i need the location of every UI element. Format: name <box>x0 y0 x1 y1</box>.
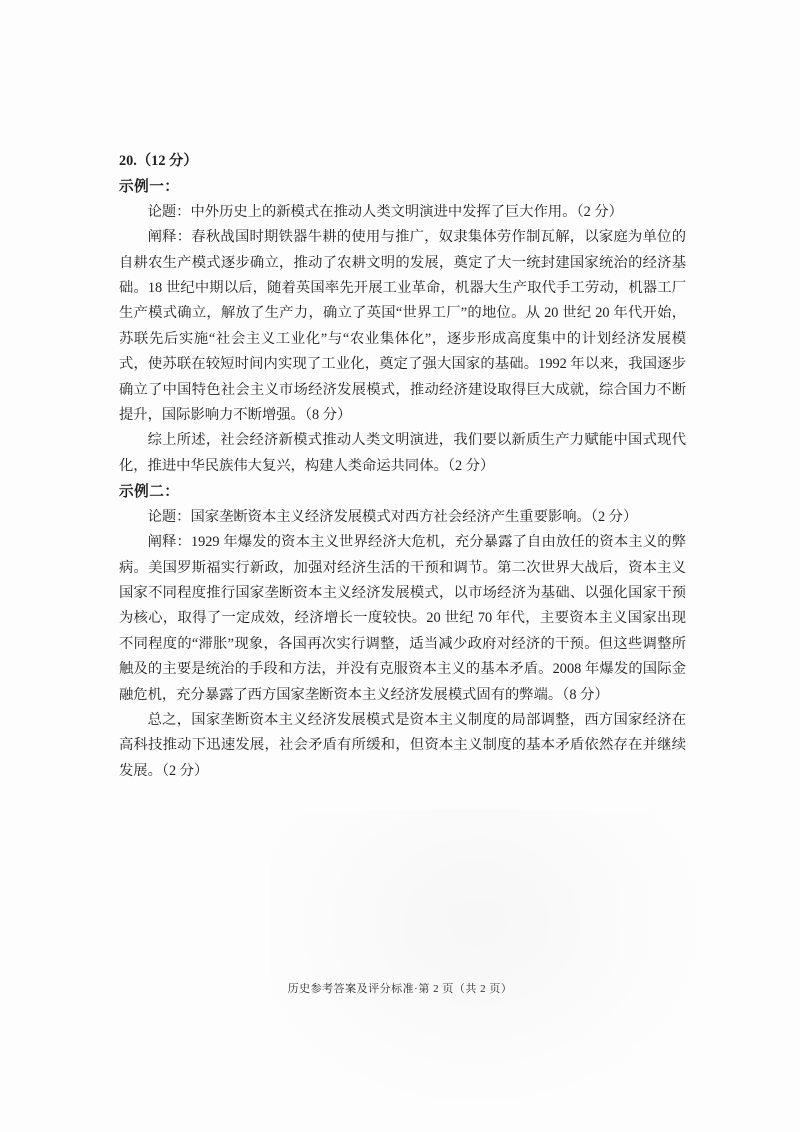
footer-text: 历史参考答案及评分标准·第 2 页（共 2 页） <box>288 983 513 995</box>
answer-content: 20.（12 分） 示例一： 论题：中外历史上的新模式在推动人类文明演进中发挥了… <box>119 149 686 784</box>
example1-heading: 示例一： <box>119 174 686 199</box>
scan-smudge-artifact <box>270 810 730 1130</box>
scanned-answer-page: 20.（12 分） 示例一： 论题：中外历史上的新模式在推动人类文明演进中发挥了… <box>0 0 800 1132</box>
example2-thesis: 论题：国家垄断资本主义经济发展模式对西方社会经济产生重要影响。（2 分） <box>119 505 686 530</box>
example1-explanation: 阐释：春秋战国时期铁器牛耕的使用与推广，奴隶集体劳作制瓦解，以家庭为单位的自耕农… <box>119 225 686 428</box>
example2-explanation: 阐释：1929 年爆发的资本主义世界经济大危机，充分暴露了自由放任的资本主义的弊… <box>119 530 686 708</box>
example1-conclusion: 综上所述，社会经济新模式推动人类文明演进，我们要以新质生产力赋能中国式现代化，推… <box>119 428 686 479</box>
question-number: 20.（12 分） <box>119 149 686 174</box>
example1-thesis: 论题：中外历史上的新模式在推动人类文明演进中发挥了巨大作用。（2 分） <box>119 200 686 225</box>
example2-heading: 示例二： <box>119 479 686 504</box>
page-footer: 历史参考答案及评分标准·第 2 页（共 2 页） <box>0 980 800 996</box>
example2-conclusion: 总之，国家垄断资本主义经济发展模式是资本主义制度的局部调整，西方国家经济在高科技… <box>119 708 686 784</box>
